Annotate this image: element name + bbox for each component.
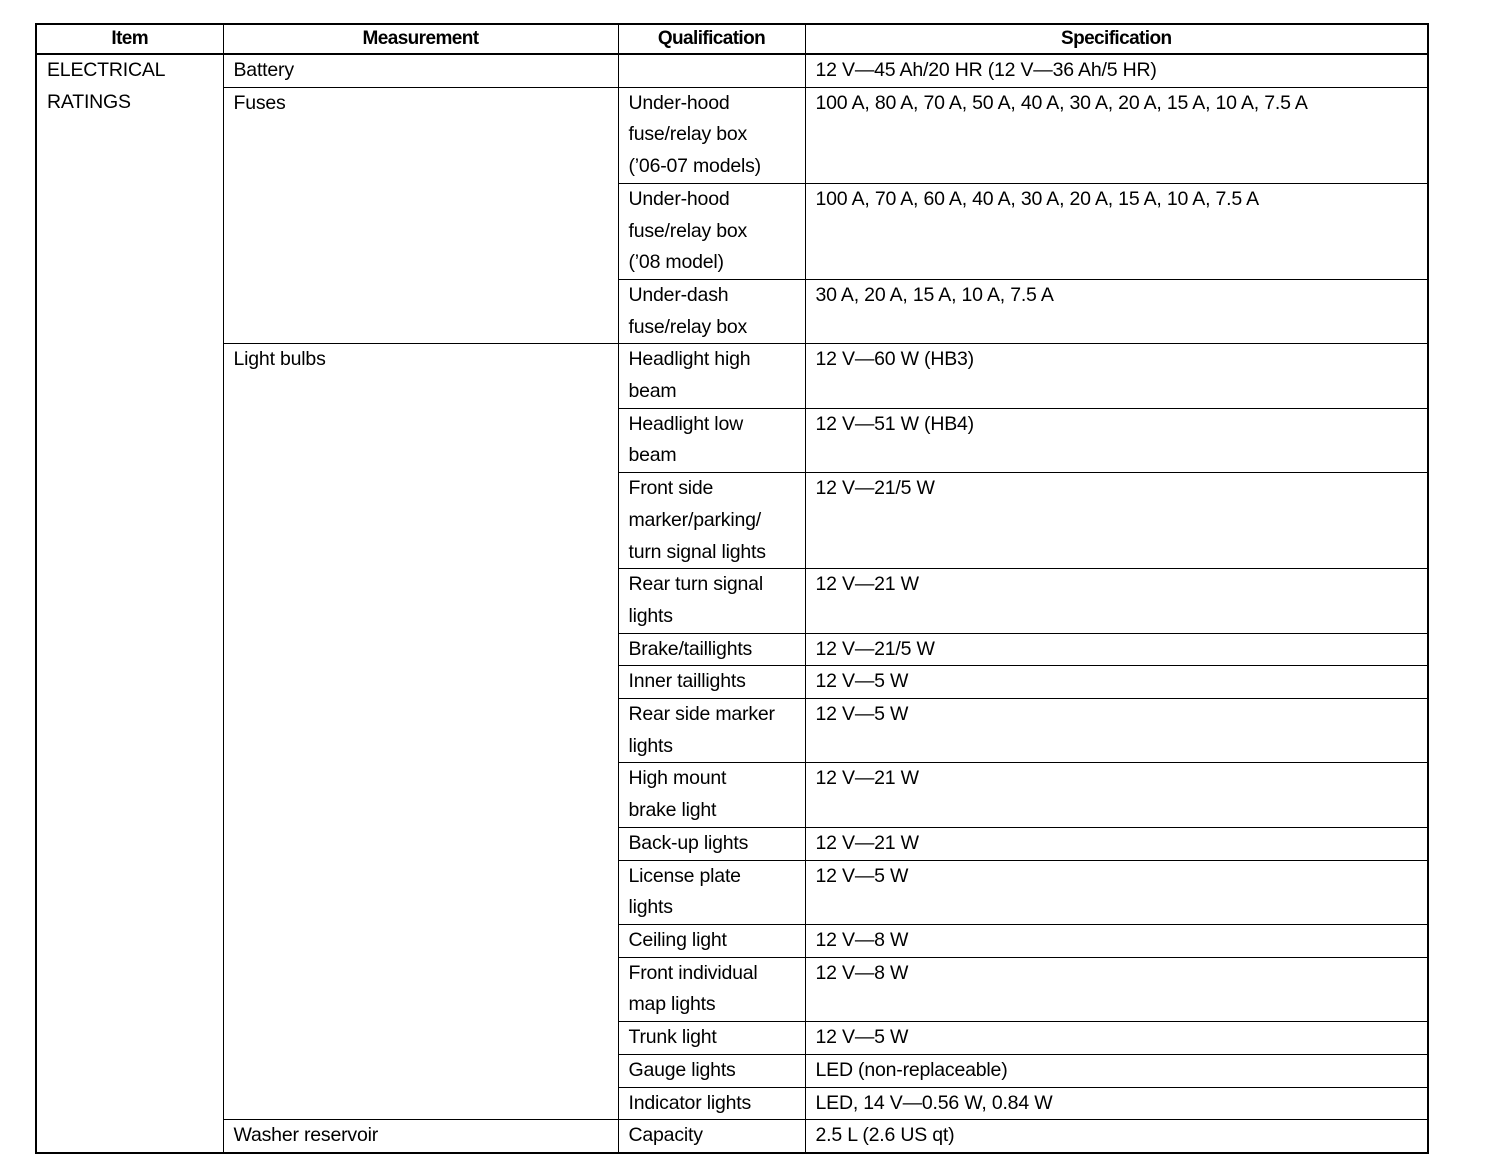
table-row: FusesUnder-hood fuse/relay box (’06-07 m… [36,87,1428,183]
qualification-cell: Headlight high beam [618,344,805,408]
qualification-cell: Indicator lights [618,1087,805,1120]
qualification-cell: Front individual map lights [618,957,805,1021]
qualification-cell: Ceiling light [618,924,805,957]
measurement-cell: Washer reservoir [223,1120,618,1153]
specification-cell: LED (non-replaceable) [805,1054,1428,1087]
measurement-cell: Battery [223,54,618,87]
specification-cell: 12 V—5 W [805,699,1428,763]
qualification-cell: Inner taillights [618,666,805,699]
table-row: Light bulbsHeadlight high beam12 V—60 W … [36,344,1428,408]
qualification-cell: License plate lights [618,860,805,924]
specification-cell: 12 V—51 W (HB4) [805,408,1428,472]
qualification-cell: Under-hood fuse/relay box (’06-07 models… [618,87,805,183]
qualification-cell: Trunk light [618,1022,805,1055]
specification-cell: 12 V—8 W [805,957,1428,1021]
qualification-cell: Brake/taillights [618,633,805,666]
qualification-cell: Under-hood fuse/relay box (’08 model) [618,183,805,279]
specification-cell: 100 A, 80 A, 70 A, 50 A, 40 A, 30 A, 20 … [805,87,1428,183]
specification-cell: 30 A, 20 A, 15 A, 10 A, 7.5 A [805,279,1428,343]
specification-cell: 12 V—21 W [805,827,1428,860]
qualification-cell: Gauge lights [618,1054,805,1087]
specification-cell: 12 V—21 W [805,569,1428,633]
qualification-cell: Headlight low beam [618,408,805,472]
specification-cell: 12 V—60 W (HB3) [805,344,1428,408]
qualification-cell: Rear turn signal lights [618,569,805,633]
specification-cell: 12 V—21/5 W [805,633,1428,666]
header-measurement: Measurement [223,24,618,54]
table-row: ELECTRICAL RATINGSBattery12 V—45 Ah/20 H… [36,54,1428,87]
specification-cell: 2.5 L (2.6 US qt) [805,1120,1428,1153]
header-qualification: Qualification [618,24,805,54]
qualification-cell: Front side marker/parking/ turn signal l… [618,473,805,569]
specification-cell: 12 V—5 W [805,1022,1428,1055]
specification-cell: 100 A, 70 A, 60 A, 40 A, 30 A, 20 A, 15 … [805,183,1428,279]
header-row: Item Measurement Qualification Specifica… [36,24,1428,54]
table-row: Washer reservoirCapacity2.5 L (2.6 US qt… [36,1120,1428,1153]
qualification-cell: Capacity [618,1120,805,1153]
electrical-ratings-table: Item Measurement Qualification Specifica… [35,23,1429,1154]
qualification-cell: Rear side marker lights [618,699,805,763]
specification-cell: 12 V—5 W [805,860,1428,924]
qualification-cell: Under-dash fuse/relay box [618,279,805,343]
specification-cell: 12 V—8 W [805,924,1428,957]
measurement-cell: Light bulbs [223,344,618,1120]
qualification-cell [618,54,805,87]
specification-cell: 12 V—21 W [805,763,1428,827]
specification-cell: 12 V—45 Ah/20 HR (12 V—36 Ah/5 HR) [805,54,1428,87]
qualification-cell: Back-up lights [618,827,805,860]
item-cell: ELECTRICAL RATINGS [36,54,223,1153]
header-item: Item [36,24,223,54]
qualification-cell: High mount brake light [618,763,805,827]
measurement-cell: Fuses [223,87,618,344]
table-body: ELECTRICAL RATINGSBattery12 V—45 Ah/20 H… [36,54,1428,1153]
specification-cell: 12 V—21/5 W [805,473,1428,569]
specification-cell: LED, 14 V—0.56 W, 0.84 W [805,1087,1428,1120]
specification-cell: 12 V—5 W [805,666,1428,699]
header-specification: Specification [805,24,1428,54]
